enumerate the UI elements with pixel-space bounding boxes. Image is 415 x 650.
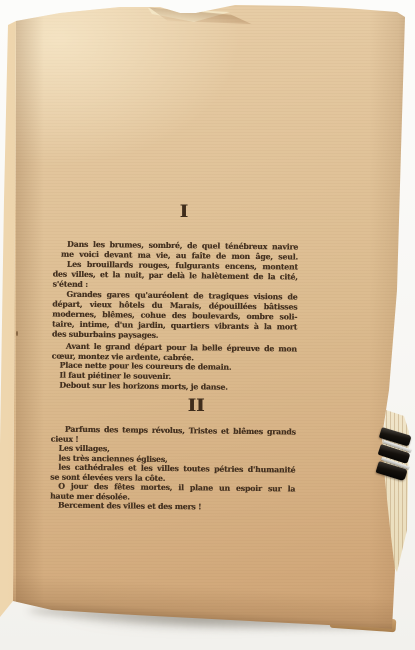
stanza-2: Avant le grand départ pour la belle épre… [51,342,297,394]
paper-speck [16,331,18,336]
verse-line: Debout sur les horizons morts, je danse. [59,380,296,393]
stanza-3: Parfums des temps révolus, Tristes et bl… [50,425,296,513]
gutter-shadow [16,16,44,606]
verse-line: Bercement des villes et des mers ! [58,501,295,513]
book-page: I II Dans les brumes, sombré, de quel té… [0,0,415,650]
text-block: Dans les brumes, sombré, de quel ténébre… [48,0,301,650]
stanza-1: Dans les brumes, sombré, de quel ténébre… [52,240,298,343]
book-photo: I II Dans les brumes, sombré, de quel té… [0,0,415,650]
